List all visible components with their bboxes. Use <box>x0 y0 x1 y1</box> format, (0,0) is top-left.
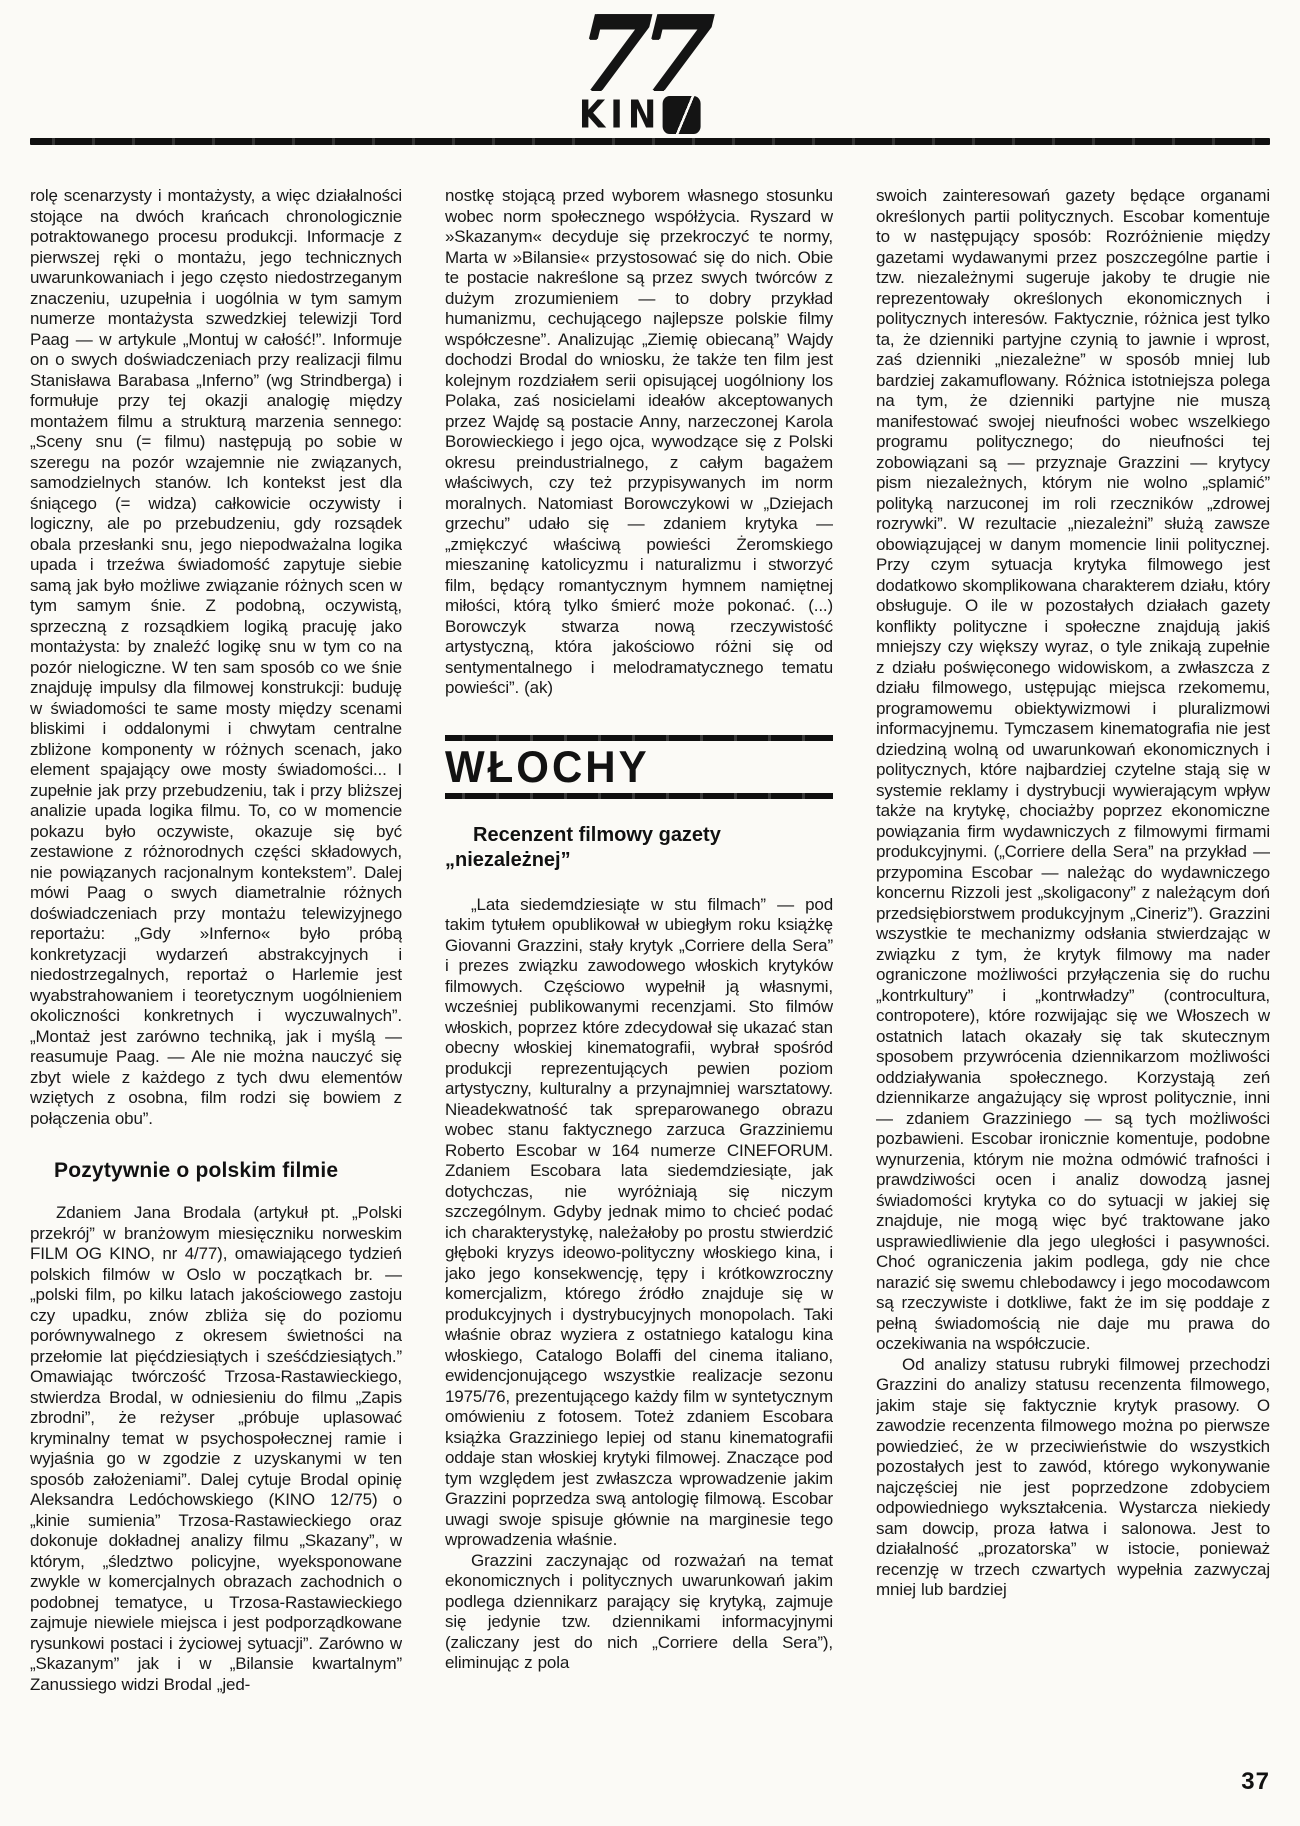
logo-kino-wordmark: KINO <box>510 96 770 134</box>
column-1: rolę scenarzysty i montażysty, a więc dz… <box>30 186 402 1798</box>
logo-year-77: 77 <box>507 6 772 102</box>
article-columns: rolę scenarzysty i montażysty, a więc dz… <box>30 186 1270 1798</box>
body-paragraph: swoich zainteresowań gazety będące organ… <box>876 186 1270 1355</box>
section-heading-polish-film: Pozytywnie o polskim filmie <box>54 1159 402 1183</box>
magazine-page: 77 KINO rolę scenarzysty i montażysty, a… <box>0 0 1300 1826</box>
section-title-wlochy: WŁOCHY <box>445 743 833 791</box>
column-2: nostkę stojącą przed wyborem własnego st… <box>445 186 833 1798</box>
body-paragraph: Grazzini zaczynając od rozważań na temat… <box>445 1551 833 1674</box>
logo-kino-letters: KIN <box>579 92 661 137</box>
article-subtitle: Recenzent filmowy gazety „niezależnej” <box>445 823 833 873</box>
section-rule-top <box>445 735 833 741</box>
body-paragraph: rolę scenarzysty i montażysty, a więc dz… <box>30 186 402 1129</box>
column-3: swoich zainteresowań gazety będące organ… <box>876 186 1270 1798</box>
logo-kino-solid-o: O <box>662 96 700 134</box>
page-number: 37 <box>1241 1768 1270 1796</box>
body-paragraph: Od analizy statusu rubryki filmowej prze… <box>876 1355 1270 1601</box>
masthead-logo: 77 KINO <box>510 6 770 132</box>
masthead-rule <box>30 138 1270 145</box>
section-rule-bottom <box>445 793 833 799</box>
body-paragraph: „Lata siedemdziesiąte w stu filmach” — p… <box>445 895 833 1551</box>
body-paragraph: nostkę stojącą przed wyborem własnego st… <box>445 186 833 699</box>
body-paragraph: Zdaniem Jana Brodala (artykuł pt. „Polsk… <box>30 1203 402 1695</box>
